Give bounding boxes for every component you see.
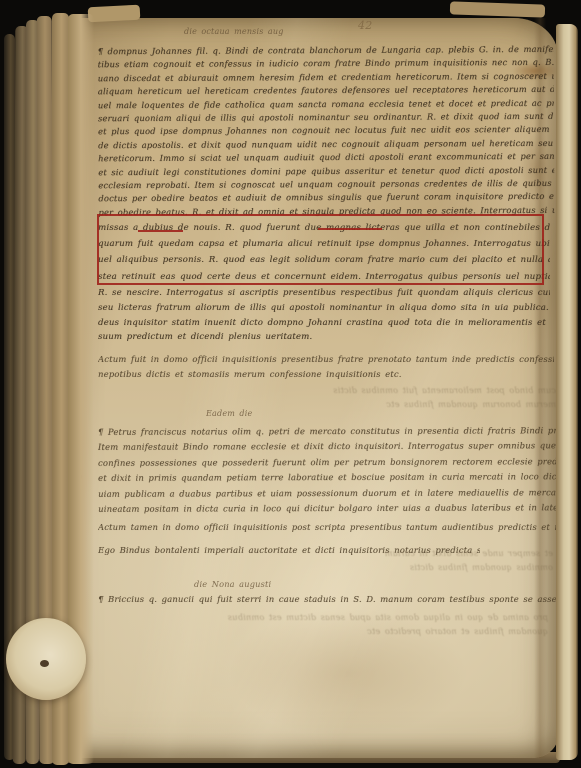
deposition-entry-2: ¶ Petrus franciscus notarius olim q. pet… bbox=[98, 423, 560, 517]
heading-text: Eadem die bbox=[206, 409, 301, 418]
manuscript-line: seu licteras fratrum aliorum de illis qu… bbox=[98, 301, 550, 316]
manuscript-line: R. se nescire. Interrogatus si ascriptis… bbox=[98, 286, 550, 301]
manuscript-line: et dixit in primis quandam petiam terre … bbox=[98, 469, 560, 486]
actum-clause-2: Actum tamen in domo officii inquisitioni… bbox=[98, 522, 556, 532]
manuscript-line: Item manifestauit Bindo romane ecclesie … bbox=[98, 439, 560, 456]
manuscript-line: nepotibus dictis et stomasiis merum conf… bbox=[98, 367, 554, 382]
show-through-text: pro anima de quo in aliqua domo sita apu… bbox=[198, 611, 548, 638]
entry-heading-2: Eadem die bbox=[206, 409, 301, 418]
red-annotation-box bbox=[97, 214, 544, 285]
manuscript-line: uiam publicam a duabus partibus et uiam … bbox=[98, 485, 560, 502]
manuscript-line: Actum tamen in domo officii inquisitioni… bbox=[98, 522, 556, 532]
manuscript-line: Actum fuit in domo officii inquisitionis… bbox=[98, 352, 554, 367]
manuscript-line: suum predictum et dicendi plenius uerita… bbox=[98, 330, 550, 345]
heading-text: die Nona augusti bbox=[194, 579, 299, 589]
show-through-text: cum bindo post melioramenta fuit omnibus… bbox=[308, 384, 556, 411]
parchment-repair-patch bbox=[6, 618, 86, 700]
deposition-entry-1-continued: R. se nescire. Interrogatus si ascriptis… bbox=[98, 286, 550, 345]
top-leaf-edge bbox=[450, 1, 545, 17]
manuscript-line: confines possessiones que possederit fue… bbox=[98, 454, 560, 471]
heading-text: die octaua mensis aug bbox=[184, 27, 304, 36]
deposition-entry-1: ¶ dompnus Johannes fil. q. Bindi de cont… bbox=[98, 43, 555, 220]
manuscript-photo: die octaua mensis aug 42 ¶ dompnus Johan… bbox=[0, 0, 581, 768]
entry-heading-1: die octaua mensis aug bbox=[184, 27, 304, 36]
next-folio-edge bbox=[556, 24, 578, 760]
red-underline-dubius bbox=[138, 230, 183, 232]
manuscript-line: ¶ Briccius q. ganucii qui fuit sterri in… bbox=[98, 594, 564, 604]
folio-number: 42 bbox=[358, 19, 372, 32]
show-through-text: et semper unde senis dixit in curiam omn… bbox=[358, 547, 553, 574]
manuscript-line: uineatam positam in dicta curia in loco … bbox=[98, 500, 560, 517]
deposition-entry-3: ¶ Briccius q. ganucii qui fuit sterri in… bbox=[98, 594, 564, 604]
manuscript-page: die octaua mensis aug 42 ¶ dompnus Johan… bbox=[58, 18, 558, 758]
entry-heading-3: die Nona augusti bbox=[194, 579, 299, 589]
actum-clause-1: Actum fuit in domo officii inquisitionis… bbox=[98, 352, 554, 382]
manuscript-line: deus inquisitor statim inuenit dicto dom… bbox=[98, 316, 550, 331]
manuscript-line: ¶ Petrus franciscus notarius olim q. pet… bbox=[98, 423, 560, 440]
red-underline-magnas-licteras bbox=[318, 228, 382, 230]
parchment-hole bbox=[40, 660, 49, 667]
